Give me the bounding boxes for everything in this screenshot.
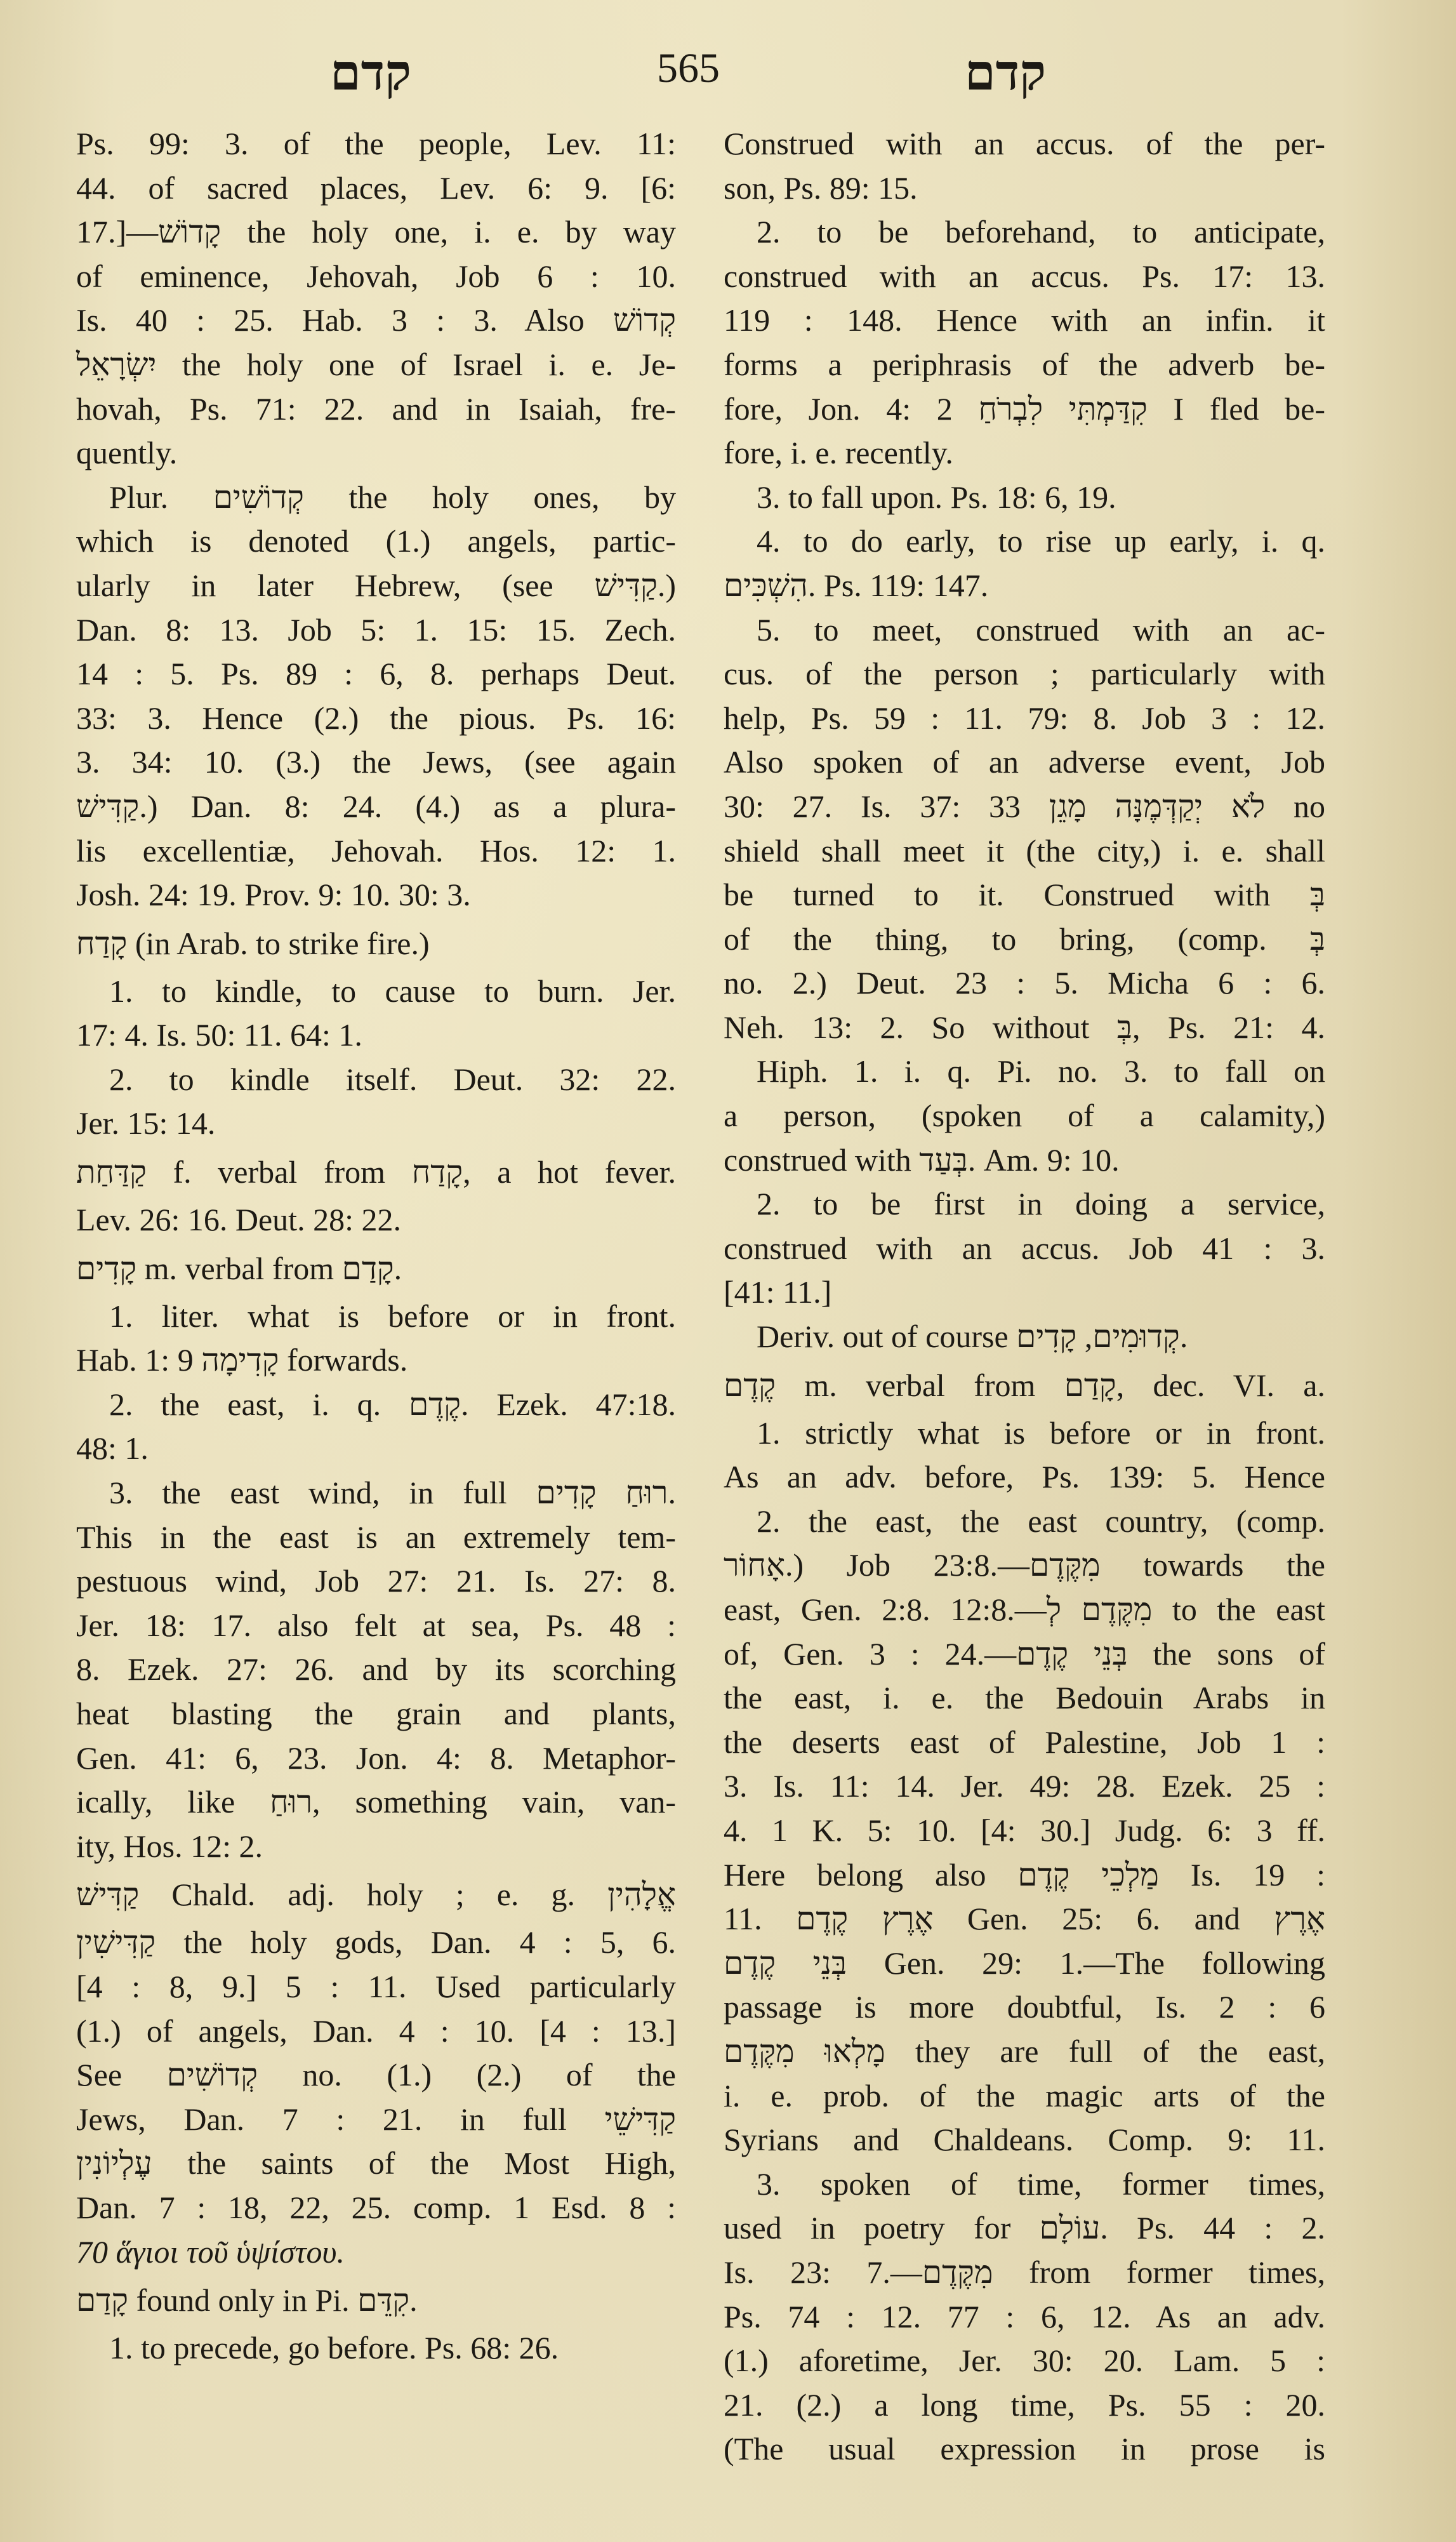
text-line: 11. אֶרֶץ קֶדֶם Gen. 25: 6. and אֶרֶץ — [724, 1897, 1325, 1941]
running-headword-right: קדם — [965, 44, 1046, 102]
text-line: of eminence, Jehovah, Job 6 : 10. — [76, 255, 676, 299]
entry-headword-line: קָדַם found only in Pi. קִדֵּם. — [76, 2274, 676, 2326]
text-line: pestuous wind, Job 27: 21. Is. 27: 8. — [76, 1559, 676, 1604]
running-header: קדם 565 קדם — [0, 44, 1456, 102]
entry-headword-line: קֶדֶם m. verbal from קָדַם, dec. VI. a. — [724, 1359, 1325, 1411]
text-line: Syrians and Chaldeans. Comp. 9: 11. — [724, 2118, 1325, 2162]
text-line: forms a periphrasis of the adverb be- — [724, 343, 1325, 387]
text-line: which is denoted (1.) angels, partic- — [76, 519, 676, 564]
entry-headword-line: קָדַח (in Arab. to strike fire.) — [76, 917, 676, 969]
text-line: Deriv. out of course קְדוּמִים, קָדִים. — [724, 1315, 1325, 1359]
text-line: [41: 11.] — [724, 1270, 1325, 1315]
text-line: הִשְׁכִּים. Ps. 119: 147. — [724, 564, 1325, 608]
text-line: Dan. 7 : 18, 22, 25. comp. 1 Esd. 8 : — [76, 2186, 676, 2230]
text-line: 8. Ezek. 27: 26. and by its scorching — [76, 1647, 676, 1692]
text-line: shield shall meet it (the city,) i. e. s… — [724, 829, 1325, 874]
text-line: See קְדוֹשִׁים no. (1.) (2.) of the — [76, 2053, 676, 2098]
text-line: Jer. 15: 14. — [76, 1101, 676, 1146]
page-number: 565 — [657, 44, 720, 93]
text-line: 119 : 148. Hence with an infin. it — [724, 298, 1325, 343]
text-line: אָחוֹר.) Job 23:8.—מִקֶּדֶם towards the — [724, 1543, 1325, 1588]
text-line: 3. spoken of time, former times, — [724, 2162, 1325, 2207]
text-line: used in poetry for עוֹלָם. Ps. 44 : 2. — [724, 2206, 1325, 2251]
text-line: 3. to fall upon. Ps. 18: 6, 19. — [724, 476, 1325, 520]
text-line: Dan. 8: 13. Job 5: 1. 15: 15. Zech. — [76, 608, 676, 653]
text-line: Construed with an accus. of the per- — [724, 122, 1325, 166]
text-line: Josh. 24: 19. Prov. 9: 10. 30: 3. — [76, 873, 676, 917]
text-line: fore, i. e. recently. — [724, 431, 1325, 476]
left-column: Ps. 99: 3. of the people, Lev. 11: 44. o… — [76, 122, 676, 2371]
text-line: cus. of the person ; particularly with — [724, 652, 1325, 696]
text-line: passage is more doubtful, Is. 2 : 6 — [724, 1985, 1325, 2030]
text-line: This in the east is an extremely tem- — [76, 1515, 676, 1560]
text-line: [4 : 8, 9.] 5 : 11. Used particularly — [76, 1965, 676, 2009]
greek-quote-line: 70 ἅγιοι τοῦ ὑψίστου. — [76, 2230, 676, 2275]
text-line: קַדִּישׁ.) Dan. 8: 24. (4.) as a plura- — [76, 785, 676, 829]
text-line: קַדִּישִׁין the holy gods, Dan. 4 : 5, 6… — [76, 1920, 676, 1965]
text-line: Jer. 18: 17. also felt at sea, Ps. 48 : — [76, 1604, 676, 1648]
text-line: construed with בְּעַד. Am. 9: 10. — [724, 1138, 1325, 1183]
text-line: 48: 1. — [76, 1427, 676, 1471]
text-line: (The usual expression in prose is — [724, 2427, 1325, 2472]
text-line: ity, Hos. 12: 2. — [76, 1825, 676, 1869]
text-line: 1. strictly what is before or in front. — [724, 1411, 1325, 1456]
right-column: Construed with an accus. of the per- son… — [724, 122, 1325, 2472]
text-line: 30: 27. Is. 37: 33 לֹא יְקַדְּמֶנָּה מָג… — [724, 785, 1325, 829]
text-line: 3. Is. 11: 14. Jer. 49: 28. Ezek. 25 : — [724, 1764, 1325, 1809]
text-line: 2. to be beforehand, to anticipate, — [724, 210, 1325, 255]
text-line: i. e. prob. of the magic arts of the — [724, 2074, 1325, 2119]
text-line: be turned to it. Construed with בְּ — [724, 873, 1325, 917]
text-line: 21. (2.) a long time, Ps. 55 : 20. — [724, 2383, 1325, 2428]
text-line: 3. the east wind, in full רוּחַ קָדִים. — [76, 1471, 676, 1515]
text-line: 44. of sacred places, Lev. 6: 9. [6: — [76, 166, 676, 211]
text-line: Hiph. 1. i. q. Pi. no. 3. to fall on — [724, 1049, 1325, 1094]
text-line: בְּנֵי קֶדֶם Gen. 29: 1.—The following — [724, 1941, 1325, 1986]
text-line: the east, i. e. the Bedouin Arabs in — [724, 1676, 1325, 1720]
text-line: quently. — [76, 431, 676, 476]
text-line: עֶלְיוֹנִין the saints of the Most High, — [76, 2141, 676, 2186]
text-line: 2. the east, the east country, (comp. — [724, 1500, 1325, 1544]
text-line: 4. to do early, to rise up early, i. q. — [724, 519, 1325, 564]
text-line: fore, Jon. 4: 2 קִדַּמְתִּי לִבְרֹחַ I f… — [724, 387, 1325, 432]
text-line: the deserts east of Palestine, Job 1 : — [724, 1720, 1325, 1765]
text-line: Gen. 41: 6, 23. Jon. 4: 8. Metaphor- — [76, 1736, 676, 1781]
text-line: 3. 34: 10. (3.) the Jews, (see again — [76, 740, 676, 785]
text-line: construed with an accus. Ps. 17: 13. — [724, 255, 1325, 299]
text-line: ically, like רוּחַ, something vain, van- — [76, 1780, 676, 1825]
text-line: ularly in later Hebrew, (see קַדִּישׁ.) — [76, 564, 676, 608]
text-line: son, Ps. 89: 15. — [724, 166, 1325, 211]
text-line: Jews, Dan. 7 : 21. in full קַדִּישֵׁי — [76, 2098, 676, 2142]
entry-headword-line: קַדִּישׁ Chald. adj. holy ; e. g. אֱלָהִ… — [76, 1868, 676, 1920]
text-line: of the thing, to bring, (comp. בְּ — [724, 917, 1325, 962]
text-line: 1. to precede, go before. Ps. 68: 26. — [76, 2326, 676, 2371]
entry-headword-line: קָדִים m. verbal from קָדַם. — [76, 1242, 676, 1294]
text-line: of, Gen. 3 : 24.—בְּנֵי קֶדֶם the sons o… — [724, 1632, 1325, 1677]
text-line: 33: 3. Hence (2.) the pious. Ps. 16: — [76, 696, 676, 741]
entry-headword-line: קַדַּחַת f. verbal from קָדַח, a hot fev… — [76, 1146, 676, 1198]
text-line: Here belong also מַלְכֵי קֶדֶם Is. 19 : — [724, 1853, 1325, 1898]
text-line: Lev. 26: 16. Deut. 28: 22. — [76, 1198, 676, 1242]
text-line: Plur. קְדוֹשִׁים the holy ones, by — [76, 476, 676, 520]
text-line: As an adv. before, Ps. 139: 5. Hence — [724, 1455, 1325, 1500]
text-line: Ps. 74 : 12. 77 : 6, 12. As an adv. — [724, 2295, 1325, 2339]
text-line: construed with an accus. Job 41 : 3. — [724, 1227, 1325, 1271]
text-line: Is. 23: 7.—מִקֶּדֶם from former times, — [724, 2251, 1325, 2295]
text-line: 1. to kindle, to cause to burn. Jer. — [76, 969, 676, 1014]
text-line: Hab. 1: 9 קָדִימָה forwards. — [76, 1338, 676, 1383]
text-line: מָלְאוּ מִקֶּדֶם they are full of the ea… — [724, 2030, 1325, 2074]
text-line: 2. to kindle itself. Deut. 32: 22. — [76, 1058, 676, 1102]
text-line: a person, (spoken of a calamity,) — [724, 1094, 1325, 1138]
running-headword-left: קדם — [330, 44, 411, 102]
text-line: 17: 4. Is. 50: 11. 64: 1. — [76, 1013, 676, 1058]
text-line: help, Ps. 59 : 11. 79: 8. Job 3 : 12. — [724, 696, 1325, 741]
text-line: heat blasting the grain and plants, — [76, 1692, 676, 1736]
text-line: hovah, Ps. 71: 22. and in Isaiah, fre- — [76, 387, 676, 432]
text-line: (1.) of angels, Dan. 4 : 10. [4 : 13.] — [76, 2009, 676, 2054]
text-line: 5. to meet, construed with an ac- — [724, 608, 1325, 653]
text-line: יִשְׂרָאֵל the holy one of Israel i. e. … — [76, 343, 676, 387]
text-line: (1.) aforetime, Jer. 30: 20. Lam. 5 : — [724, 2339, 1325, 2383]
text-line: Is. 40 : 25. Hab. 3 : 3. Also קְדוֹשׁ — [76, 298, 676, 343]
text-line: 4. 1 K. 5: 10. [4: 30.] Judg. 6: 3 ff. — [724, 1809, 1325, 1853]
text-line: Neh. 13: 2. So without בְּ, Ps. 21: 4. — [724, 1006, 1325, 1050]
text-line: 2. to be first in doing a service, — [724, 1182, 1325, 1227]
text-line: east, Gen. 2:8. 12:8.—מִקֶּדֶם לְ to the… — [724, 1588, 1325, 1632]
text-line: lis excellentiæ, Jehovah. Hos. 12: 1. — [76, 829, 676, 874]
text-line: 1. liter. what is before or in front. — [76, 1294, 676, 1339]
text-line: 2. the east, i. q. קֶדֶם. Ezek. 47:18. — [76, 1383, 676, 1427]
text-line: no. 2.) Deut. 23 : 5. Micha 6 : 6. — [724, 961, 1325, 1006]
text-line: 17.]—קָדוֹשׁ the holy one, i. e. by way — [76, 210, 676, 255]
text-line: Ps. 99: 3. of the people, Lev. 11: — [76, 122, 676, 166]
text-line: 14 : 5. Ps. 89 : 6, 8. perhaps Deut. — [76, 652, 676, 696]
text-line: Also spoken of an adverse event, Job — [724, 740, 1325, 785]
